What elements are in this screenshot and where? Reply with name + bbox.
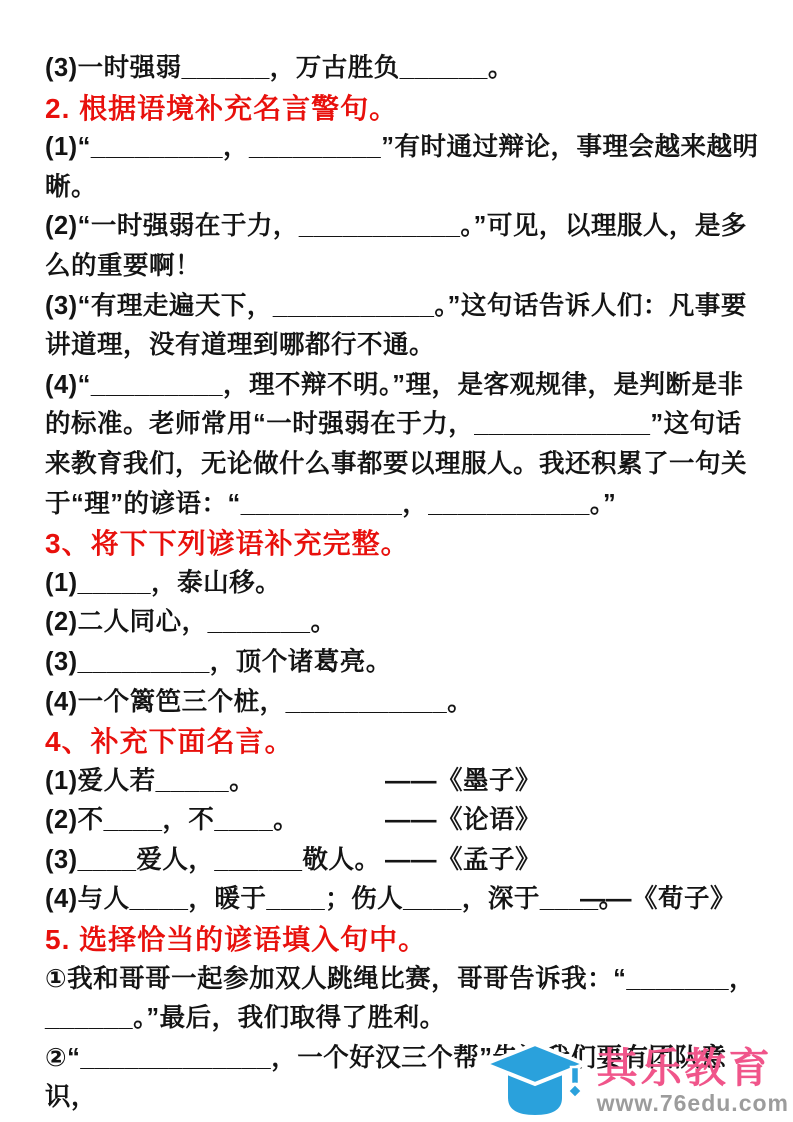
brand-name: 其乐教育 — [597, 1046, 773, 1090]
section-5-heading: 5. 选择恰当的谚语填入句中。 — [45, 920, 763, 960]
exercise-item: (3)“有理走遍天下，___________。”这句话告诉人们：凡事要讲道理，没… — [45, 287, 763, 366]
exercise-item-with-source: (2)不____，不____。 ——《论语》 — [45, 801, 763, 841]
exercise-item: (3)_________，顶个诸葛亮。 — [45, 643, 763, 683]
exercise-item: (4)“_________，理不辩不明。”理，是客观规律，是判断是非的标准。老师… — [45, 366, 763, 524]
quote-source: ——《荀子》 — [580, 880, 736, 920]
worksheet-content: (3)一时强弱______，万古胜负______。 2. 根据语境补充名言警句。… — [0, 0, 793, 1118]
quote-text: (2)不____，不____。 — [45, 806, 299, 834]
section-4-heading: 4、补充下面名言。 — [45, 722, 763, 762]
quote-text: (3)____爱人，______敬人。 — [45, 846, 381, 874]
brand-url: www.76edu.com — [597, 1090, 789, 1116]
graduation-cap-icon — [481, 1042, 589, 1120]
exercise-item-with-source: (4)与人____，暖于____；伤人____，深于____。 ——《荀子》 — [45, 880, 763, 920]
exercise-item: (2)“一时强弱在于力，___________。”可见，以理服人，是多么的重要啊… — [45, 207, 763, 286]
exercise-item-with-source: (3)____爱人，______敬人。 ——《孟子》 — [45, 841, 763, 881]
brand-watermark: 其乐教育 www.76edu.com — [481, 1042, 789, 1120]
exercise-item: (3)一时强弱______，万古胜负______。 — [45, 49, 763, 89]
quote-text: (1)爱人若_____。 — [45, 767, 255, 795]
worksheet-page: (3)一时强弱______，万古胜负______。 2. 根据语境补充名言警句。… — [0, 0, 793, 1122]
exercise-item: (2)二人同心，_______。 — [45, 603, 763, 643]
exercise-item: (1)“_________，_________”有时通过辩论，事理会越来越明晰。 — [45, 128, 763, 207]
section-3-heading: 3、将下下列谚语补充完整。 — [45, 524, 763, 564]
quote-source: ——《墨子》 — [385, 762, 541, 802]
quote-text: (4)与人____，暖于____；伤人____，深于____。 — [45, 885, 625, 913]
quote-source: ——《孟子》 — [385, 841, 541, 881]
exercise-item: (4)一个篱笆三个桩，___________。 — [45, 683, 763, 723]
exercise-item-with-source: (1)爱人若_____。 ——《墨子》 — [45, 762, 763, 802]
section-2-heading: 2. 根据语境补充名言警句。 — [45, 89, 763, 129]
quote-source: ——《论语》 — [385, 801, 541, 841]
exercise-item: ①我和哥哥一起参加双人跳绳比赛，哥哥告诉我：“_______，______。”最… — [45, 960, 763, 1039]
exercise-item: (1)_____，泰山移。 — [45, 564, 763, 604]
brand-text-block: 其乐教育 www.76edu.com — [597, 1046, 789, 1116]
